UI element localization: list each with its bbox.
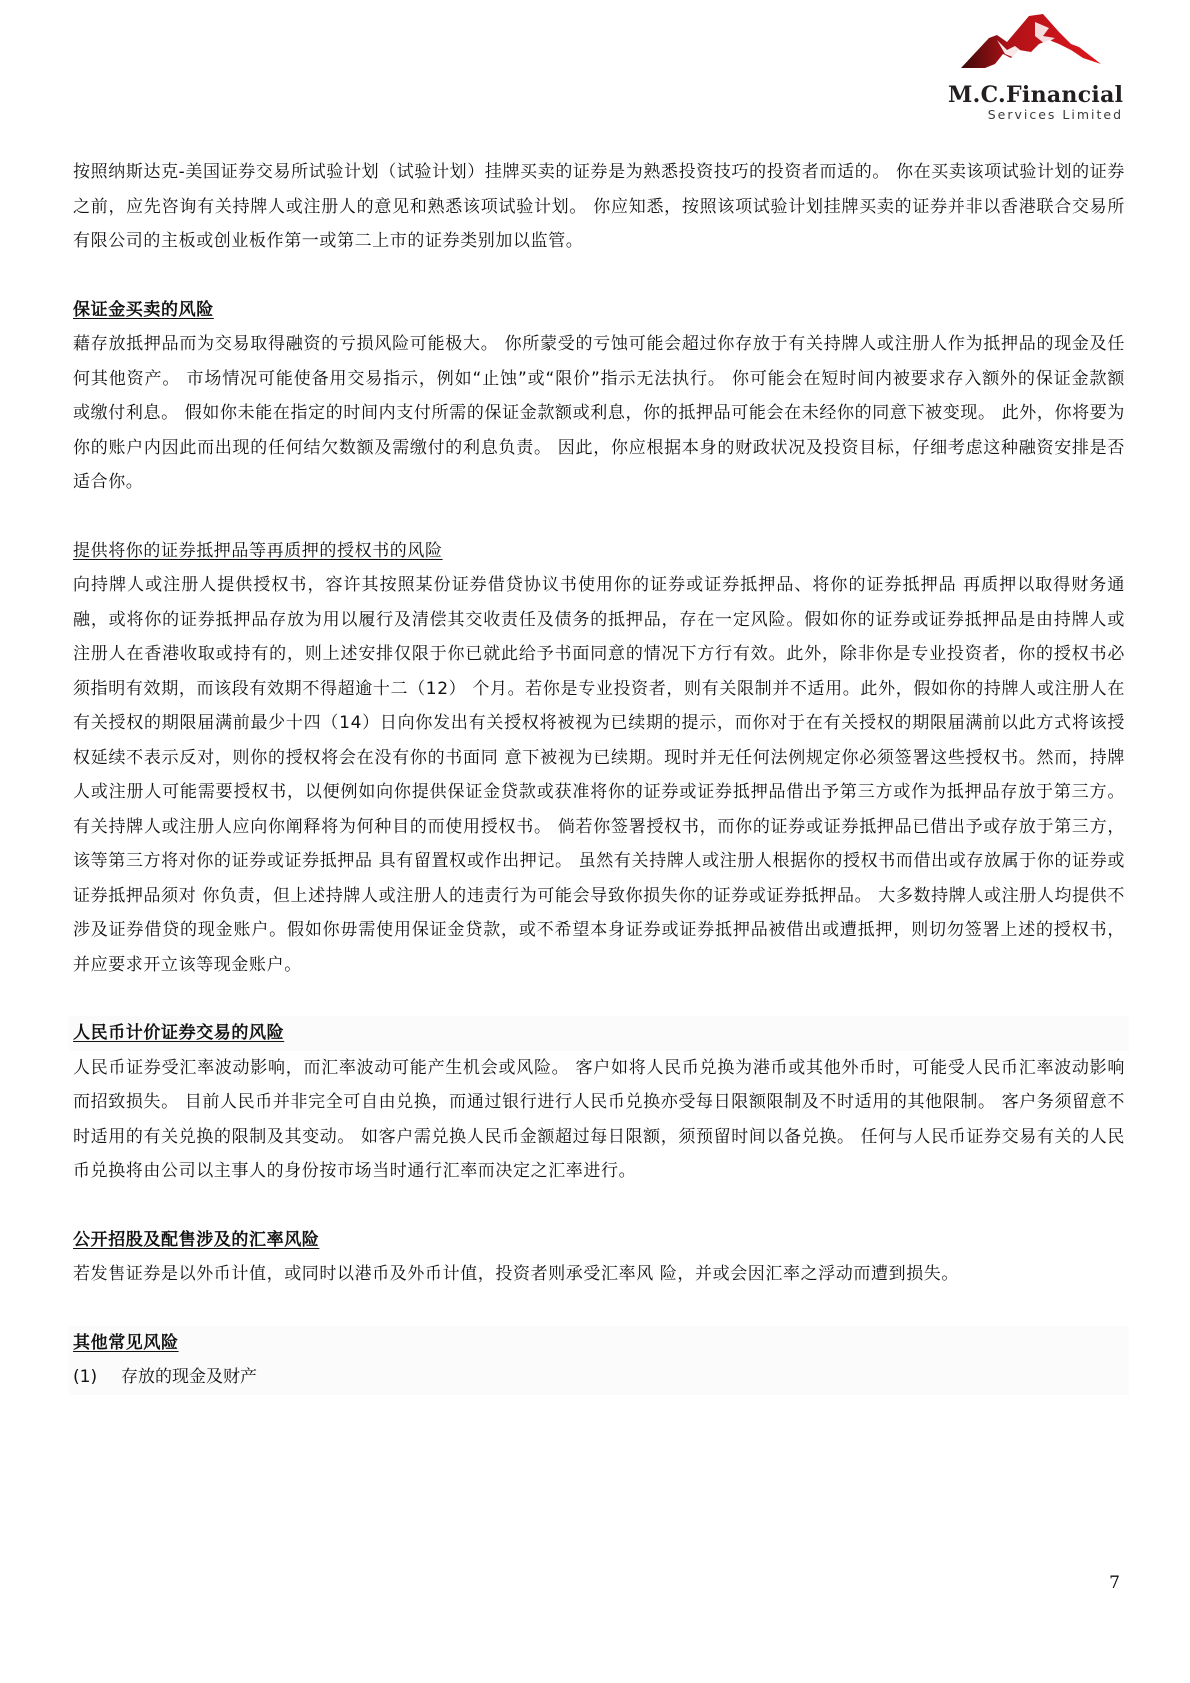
logo-company-subtitle: Services Limited <box>948 107 1123 122</box>
heading-ipo-fx-risk: 公开招股及配售涉及的汇率风险 <box>73 1223 1125 1258</box>
heading-other-common-risks: 其他常见风险 <box>73 1326 1125 1361</box>
list-item: (1) 存放的现金及财产 <box>73 1360 1125 1395</box>
other-risks-block: 其他常见风险 (1) 存放的现金及财产 <box>69 1326 1129 1395</box>
heading-rmb-securities-risk: 人民币计价证券交易的风险 <box>69 1016 1129 1051</box>
company-logo: M.C.Financial Services Limited <box>940 6 1120 126</box>
paragraph-pilot-program: 按照纳斯达克-美国证券交易所试验计划（试验计划）挂牌买卖的证券是为熟悉投资技巧的… <box>73 155 1125 259</box>
paragraph-rmb-securities-risk: 人民币证券受汇率波动影响，而汇率波动可能产生机会或风险。 客户如将人民币兑换为港… <box>73 1051 1125 1189</box>
logo-company-name: M.C.Financial <box>948 82 1123 108</box>
paragraph-repledge-authority-risk: 向持牌人或注册人提供授权书，容许其按照某份证券借贷协议书使用你的证券或证券抵押品… <box>73 568 1125 982</box>
heading-margin-trading-risk: 保证金买卖的风险 <box>73 293 1125 328</box>
paragraph-margin-trading-risk: 藉存放抵押品而为交易取得融资的亏损风险可能极大。 你所蒙受的亏蚀可能会超过你存放… <box>73 327 1125 500</box>
mountain-logo-icon <box>955 6 1105 78</box>
heading-repledge-authority-risk: 提供将你的证券抵押品等再质押的授权书的风险 <box>73 534 1125 569</box>
document-body: 按照纳斯达克-美国证券交易所试验计划（试验计划）挂牌买卖的证券是为熟悉投资技巧的… <box>73 155 1125 1395</box>
list-item-number: (1) <box>73 1360 121 1395</box>
list-item-text: 存放的现金及财产 <box>121 1360 257 1395</box>
paragraph-ipo-fx-risk: 若发售证券是以外币计值，或同时以港币及外币计值，投资者则承受汇率风 险，并或会因… <box>73 1257 1125 1292</box>
page-number: 7 <box>1090 1573 1120 1593</box>
